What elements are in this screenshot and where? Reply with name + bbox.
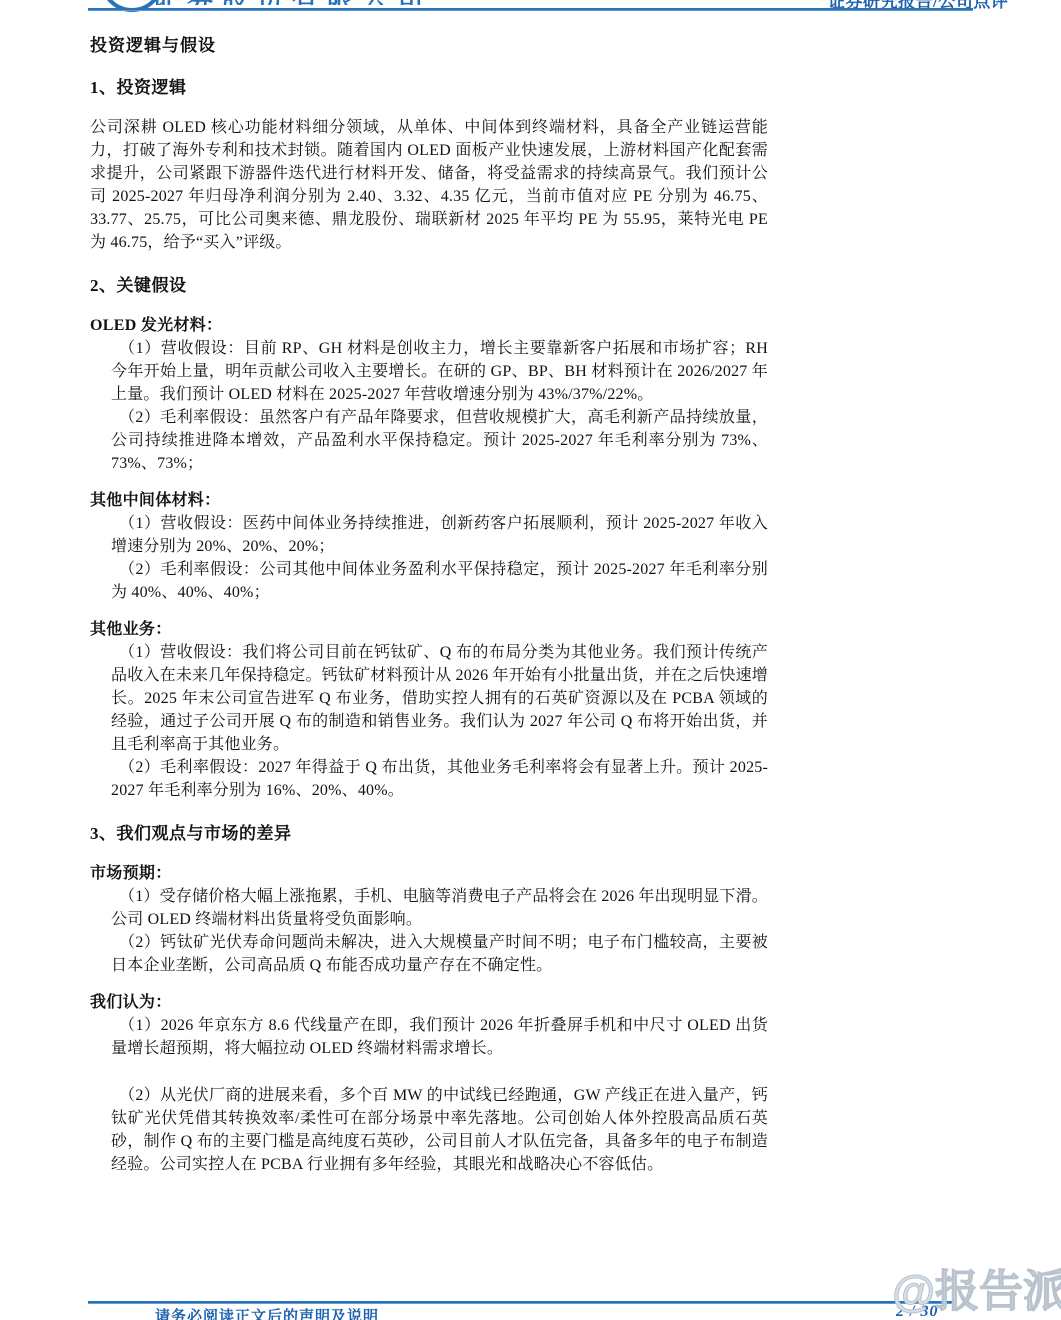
bold-label: 其他业务： xyxy=(90,618,768,641)
bold-label: 其他中间体材料： xyxy=(90,489,768,512)
sub-paragraph: （1）2026 年京东方 8.6 代线量产在即，我们预计 2026 年折叠屏手机… xyxy=(111,1014,768,1060)
sub-paragraph: （2）毛利率假设：2027 年得益于 Q 布出货，其他业务毛利率将会有显著上升。… xyxy=(111,756,768,802)
section-heading: 3、我们观点与市场的差异 xyxy=(90,824,768,844)
footer-disclaimer: 请务必阅读正文后的声明及说明 xyxy=(155,1305,379,1320)
section-heading: 2、关键假设 xyxy=(90,276,768,296)
sub-paragraph: （1）营收假设：目前 RP、GH 材料是创收主力，增长主要靠新客户拓展和市场扩容… xyxy=(111,337,768,406)
sub-paragraph: （2）钙钛矿光伏寿命问题尚未解决，进入大规模量产时间不明；电子布门槛较高，主要被… xyxy=(111,931,768,977)
sub-paragraph: （1）营收假设：医药中间体业务持续推进，创新药客户拓展顺利，预计 2025-20… xyxy=(111,512,768,558)
document-title: 投资逻辑与假设 xyxy=(90,36,768,56)
section-heading: 1、投资逻辑 xyxy=(90,78,768,98)
sub-paragraph: （2）毛利率假设：虽然客户有产品年降要求，但营收规模扩大，高毛利新产品持续放量，… xyxy=(111,406,768,475)
watermark: @报告派 xyxy=(892,1268,1061,1316)
bold-label: 市场预期： xyxy=(90,862,768,885)
footer-rule xyxy=(88,1301,956,1304)
sub-paragraph: （1）受存储价格大幅上涨拖累，手机、电脑等消费电子产品将会在 2026 年出现明… xyxy=(111,885,768,931)
header-rule xyxy=(88,8,973,11)
sub-paragraph: （2）毛利率假设：公司其他中间体业务盈利水平保持稳定，预计 2025-2027 … xyxy=(111,558,768,604)
sub-paragraph: （1）营收假设：我们将公司目前在钙钛矿、Q 布的布局分类为其他业务。我们预计传统… xyxy=(111,641,768,756)
report-page: 证券股份有限公司 证券研究报告/公司点评 投资逻辑与假设1、投资逻辑公司深耕 O… xyxy=(0,0,1061,1320)
bold-label: OLED 发光材料： xyxy=(90,314,768,337)
report-body: 投资逻辑与假设1、投资逻辑公司深耕 OLED 核心功能材料细分领域，从单体、中间… xyxy=(90,36,768,1176)
publisher-name-text: 证券股份有限公司 xyxy=(152,0,482,5)
paragraph: 公司深耕 OLED 核心功能材料细分领域，从单体、中间体到终端材料，具备全产业链… xyxy=(90,116,768,254)
bold-label: 我们认为： xyxy=(90,991,768,1014)
sub-paragraph: （2）从光伏厂商的进展来看，多个百 MW 的中试线已经跑通，GW 产线正在进入量… xyxy=(111,1084,768,1176)
publisher-name-clipped: 证券股份有限公司 xyxy=(152,0,482,5)
